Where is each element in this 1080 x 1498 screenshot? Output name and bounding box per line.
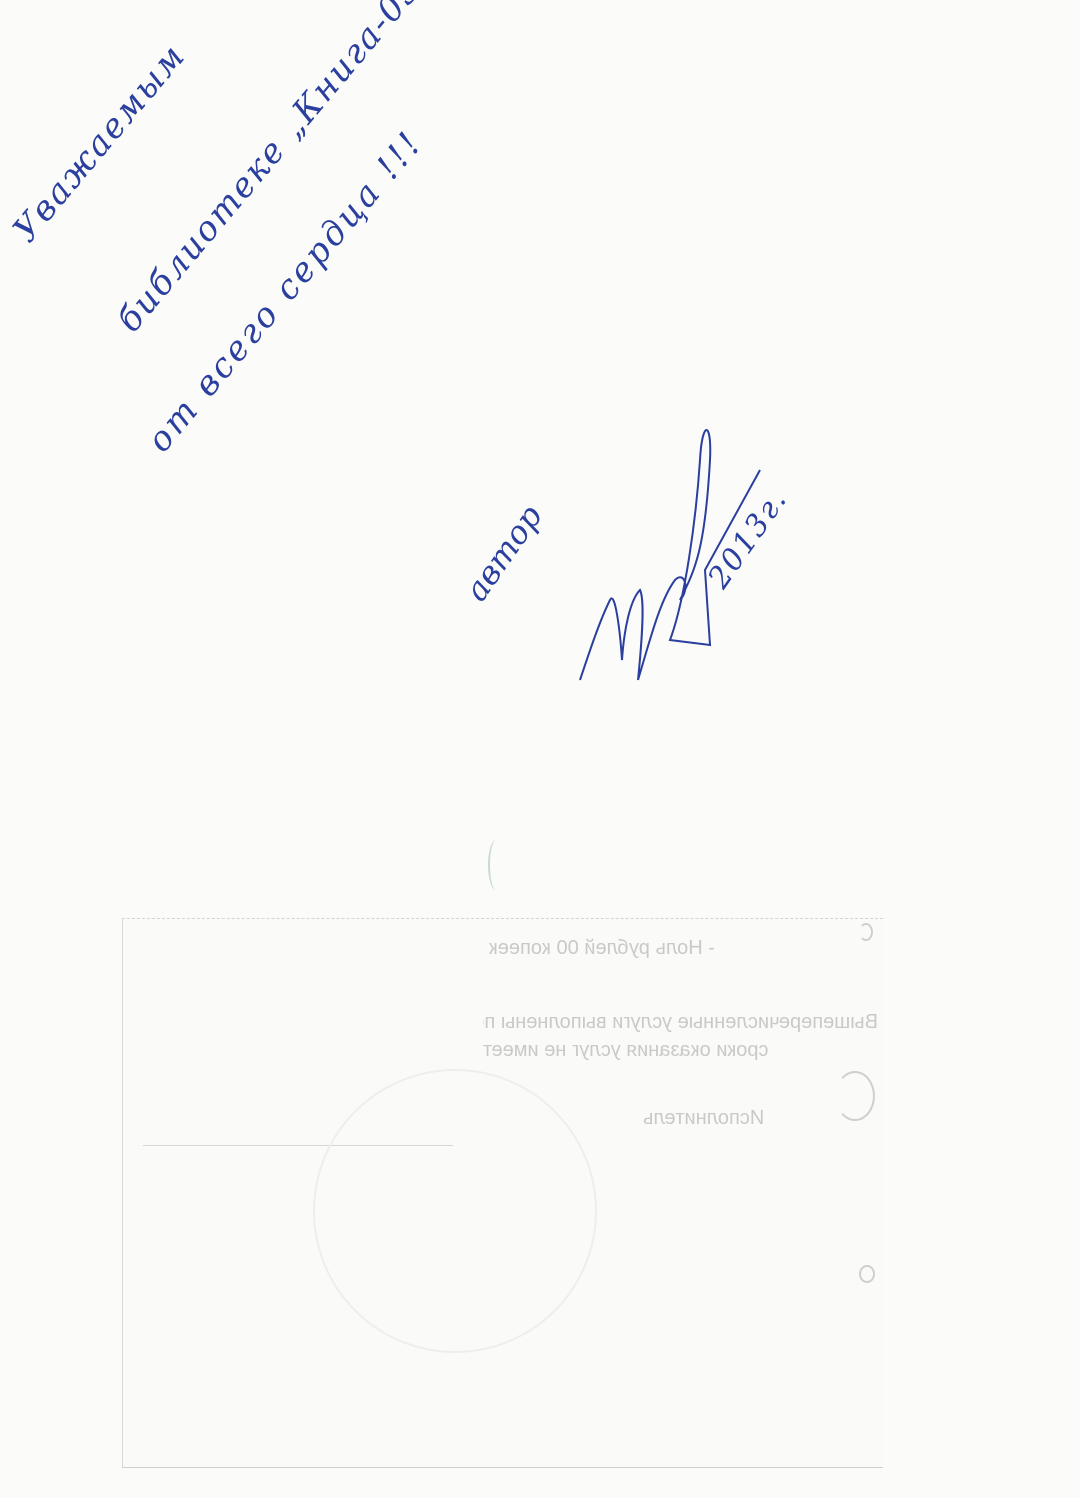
ghost-text-amount: - Ноль рублей 00 копеек	[489, 937, 715, 960]
scanned-page: Уважаемым библиотеке „Книга-03" от всего…	[0, 0, 1080, 1498]
show-through-sheet: - Ноль рублей 00 копеек Вышеперечисленны…	[122, 918, 883, 1468]
author-label: автор	[457, 498, 550, 608]
punch-hole	[859, 923, 873, 941]
ghost-text-terms: сроки оказания услуг не имеет	[483, 1039, 769, 1062]
inscription-line-3: от всего сердца !!!	[139, 123, 431, 460]
inscription-line-1: Уважаемым	[5, 36, 194, 250]
punch-hole	[835, 1071, 875, 1121]
ghost-text-services: Вышеперечисленные услуги выполнены полно…	[483, 1011, 878, 1034]
hole-mark	[488, 840, 504, 890]
ghost-text-executor: Исполнитель	[643, 1107, 764, 1130]
stamp-circle	[313, 1069, 597, 1353]
punch-hole	[859, 1265, 875, 1283]
